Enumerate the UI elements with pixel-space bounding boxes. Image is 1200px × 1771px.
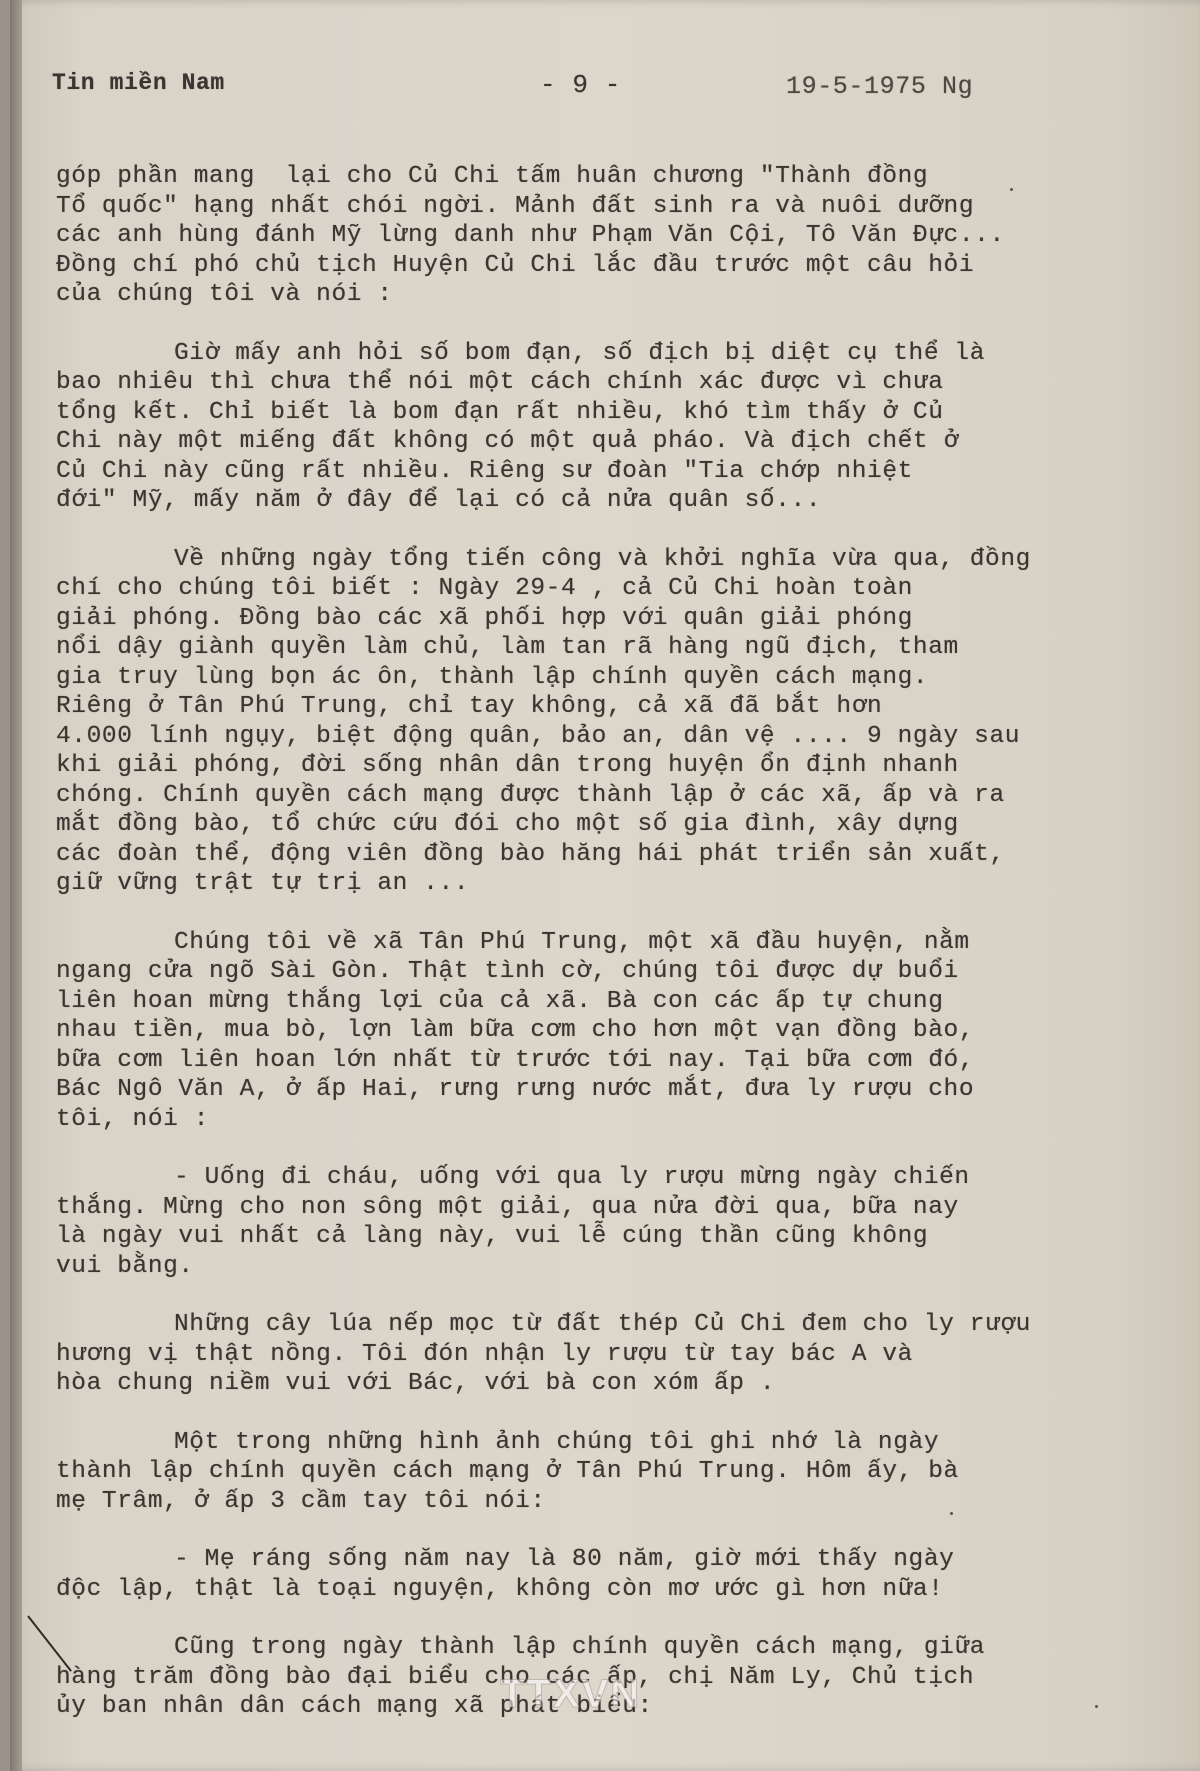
text-line: các anh hùng đánh Mỹ lừng danh như Phạm … — [56, 221, 1136, 251]
text-line: hương vị thật nồng. Tôi đón nhận ly rượu… — [56, 1340, 1136, 1370]
text-line: là ngày vui nhất cả làng này, vui lễ cún… — [56, 1222, 1136, 1252]
paragraph: - Mẹ ráng sống năm nay là 80 năm, giờ mớ… — [56, 1545, 1136, 1604]
text-line: - Uống đi cháu, uống với qua ly rượu mừn… — [56, 1163, 1136, 1193]
text-line: nhau tiền, mua bò, lợn làm bữa cơm cho h… — [56, 1016, 1136, 1046]
paragraph: Về những ngày tổng tiến công và khởi ngh… — [56, 545, 1136, 899]
text-line: hòa chung niềm vui với Bác, với bà con x… — [56, 1369, 1136, 1399]
text-line: giải phóng. Đồng bào các xã phối hợp với… — [56, 604, 1136, 634]
text-line: Chúng tôi về xã Tân Phú Trung, một xã đầ… — [56, 928, 1136, 958]
text-line: - Mẹ ráng sống năm nay là 80 năm, giờ mớ… — [56, 1545, 1136, 1575]
text-line: Cũng trong ngày thành lập chính quyền cá… — [56, 1633, 1136, 1663]
text-line: Chi này một miếng đất không có một quả p… — [56, 427, 1136, 457]
text-line: Bác Ngô Văn A, ở ấp Hai, rưng rưng nước … — [56, 1075, 1136, 1105]
text-line: Những cây lúa nếp mọc từ đất thép Củ Chi… — [56, 1310, 1136, 1340]
document-header: Tin miền Nam - 9 - 19-5-1975 Ng — [52, 70, 1160, 106]
paragraph: góp phần mang lại cho Củ Chi tấm huân ch… — [56, 162, 1136, 310]
text-line: Đồng chí phó chủ tịch Huyện Củ Chi lắc đ… — [56, 251, 1136, 281]
text-line: giữ vững trật tự trị an ... — [56, 869, 1136, 899]
text-line: thắng. Mừng cho non sông một giải, qua n… — [56, 1193, 1136, 1223]
text-line: đới" Mỹ, mấy năm ở đây để lại có cả nửa … — [56, 486, 1136, 516]
document-body: góp phần mang lại cho Củ Chi tấm huân ch… — [56, 162, 1136, 1751]
text-line: thành lập chính quyền cách mạng ở Tân Ph… — [56, 1457, 1136, 1487]
paragraph: - Uống đi cháu, uống với qua ly rượu mừn… — [56, 1163, 1136, 1281]
text-line: bữa cơm liên hoan lớn nhất từ trước tới … — [56, 1046, 1136, 1076]
text-line: nổi dậy giành quyền làm chủ, làm tan rã … — [56, 633, 1136, 663]
text-line: chóng. Chính quyền cách mạng được thành … — [56, 781, 1136, 811]
text-line: bao nhiêu thì chưa thể nói một cách chín… — [56, 368, 1136, 398]
text-line: các đoàn thể, động viên đồng bào hăng há… — [56, 840, 1136, 870]
text-line: Về những ngày tổng tiến công và khởi ngh… — [56, 545, 1136, 575]
page-edge-shadow — [10, 0, 22, 1771]
text-line: khi giải phóng, đời sống nhân dân trong … — [56, 751, 1136, 781]
text-line: Riêng ở Tân Phú Trung, chỉ tay không, cả… — [56, 692, 1136, 722]
text-line: Tổ quốc" hạng nhất chói ngời. Mảnh đất s… — [56, 192, 1136, 222]
text-line: vui bằng. — [56, 1252, 1136, 1282]
text-line: góp phần mang lại cho Củ Chi tấm huân ch… — [56, 162, 1136, 192]
text-line: mẹ Trâm, ở ấp 3 cầm tay tôi nói: — [56, 1487, 1136, 1517]
ink-speck — [1010, 188, 1013, 191]
text-line: gia truy lùng bọn ác ôn, thành lập chính… — [56, 663, 1136, 693]
text-line: tổng kết. Chỉ biết là bom đạn rất nhiều,… — [56, 398, 1136, 428]
text-line: tôi, nói : — [56, 1105, 1136, 1135]
paragraph: Một trong những hình ảnh chúng tôi ghi n… — [56, 1428, 1136, 1517]
paragraph: Chúng tôi về xã Tân Phú Trung, một xã đầ… — [56, 928, 1136, 1135]
paragraph: Những cây lúa nếp mọc từ đất thép Củ Chi… — [56, 1310, 1136, 1399]
text-line: Một trong những hình ảnh chúng tôi ghi n… — [56, 1428, 1136, 1458]
header-source: Tin miền Nam — [52, 70, 225, 96]
text-line: liên hoan mừng thắng lợi của cả xã. Bà c… — [56, 987, 1136, 1017]
page-number: - 9 - — [540, 70, 621, 100]
header-date: 19-5-1975 Ng — [786, 72, 973, 101]
text-line: của chúng tôi và nói : — [56, 280, 1136, 310]
text-line: 4.000 lính ngụy, biệt động quân, bảo an,… — [56, 722, 1136, 752]
watermark: TTXVN — [500, 1672, 641, 1717]
text-line: Giờ mấy anh hỏi số bom đạn, số địch bị d… — [56, 339, 1136, 369]
ink-speck — [1095, 1705, 1098, 1708]
scanned-page: Tin miền Nam - 9 - 19-5-1975 Ng góp phần… — [10, 0, 1200, 1771]
text-line: mắt đồng bào, tổ chức cứu đói cho một số… — [56, 810, 1136, 840]
text-line: Củ Chi này cũng rất nhiều. Riêng sư đoàn… — [56, 457, 1136, 487]
paragraph: Giờ mấy anh hỏi số bom đạn, số địch bị d… — [56, 339, 1136, 516]
text-line: độc lập, thật là toại nguyện, không còn … — [56, 1575, 1136, 1605]
ink-speck — [950, 1512, 953, 1515]
text-line: chí cho chúng tôi biết : Ngày 29-4 , cả … — [56, 574, 1136, 604]
text-line: ngang cửa ngõ Sài Gòn. Thật tình cờ, chú… — [56, 957, 1136, 987]
